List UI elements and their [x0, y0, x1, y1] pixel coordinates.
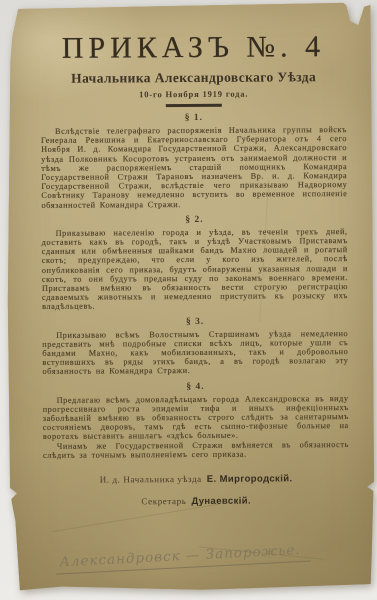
divider-rule — [166, 104, 222, 107]
document-content: ПРИКАЗЪ №. 4 Начальника Александровскаго… — [4, 1, 375, 508]
document-subtitle: Начальника Александровскаго Уѣзда — [41, 69, 347, 86]
signature-name-secretary: Дунаевскій. — [191, 496, 251, 507]
document-title: ПРИКАЗЪ №. 4 — [40, 31, 346, 64]
section-2: § 2. Приказываю населенію города и уѣзда… — [41, 214, 348, 312]
signature-line-chief: И. д. Начальника уѣздаЕ. Миргородскій. — [43, 473, 349, 486]
section-2-paragraph: Приказываю населенію города и уѣзда, въ … — [42, 227, 349, 312]
date-line: 10-го Ноября 1919 года. — [41, 88, 347, 100]
section-3: § 3. Приказываю всѣмъ Волостнымъ Старшин… — [42, 316, 348, 377]
signature-role-secretary: Секретарь — [141, 496, 186, 506]
section-4-paragraph-2: Чинамъ же Государственной Стражи вмѣняет… — [43, 440, 349, 460]
section-1: § 1. Вслѣдствіе телеграфнаго распоряжені… — [41, 112, 348, 210]
signature-name-chief: Е. Миргородскій. — [207, 473, 293, 485]
paper-shadow-wrap: ПРИКАЗЪ №. 4 Начальника Александровскаго… — [0, 0, 377, 600]
section-3-heading: § 3. — [42, 316, 348, 328]
section-1-heading: § 1. — [41, 112, 347, 124]
signature-block: И. д. Начальника уѣздаЕ. Миргородскій. С… — [43, 473, 349, 508]
paper: ПРИКАЗЪ №. 4 Начальника Александровскаго… — [4, 1, 376, 595]
signature-line-secretary: СекретарьДунаевскій. — [43, 495, 349, 508]
scan-background: ПРИКАЗЪ №. 4 Начальника Александровскаго… — [0, 0, 377, 600]
handwritten-note: Александровск — Запорожье. — [55, 541, 311, 574]
section-1-paragraph: Вслѣдствіе телеграфнаго распоряженія Нач… — [41, 125, 348, 210]
section-4-paragraph-1: Предлагаю всѣмъ домовладѣльцамъ города А… — [43, 394, 349, 442]
section-4: § 4. Предлагаю всѣмъ домовладѣльцамъ гор… — [43, 381, 349, 460]
paper-crease — [53, 504, 220, 532]
section-3-paragraph: Приказываю всѣмъ Волостнымъ Старшинамъ у… — [42, 329, 348, 377]
signature-role-chief: И. д. Начальника уѣзда — [100, 474, 202, 485]
section-2-heading: § 2. — [41, 214, 347, 226]
section-4-heading: § 4. — [43, 381, 349, 393]
